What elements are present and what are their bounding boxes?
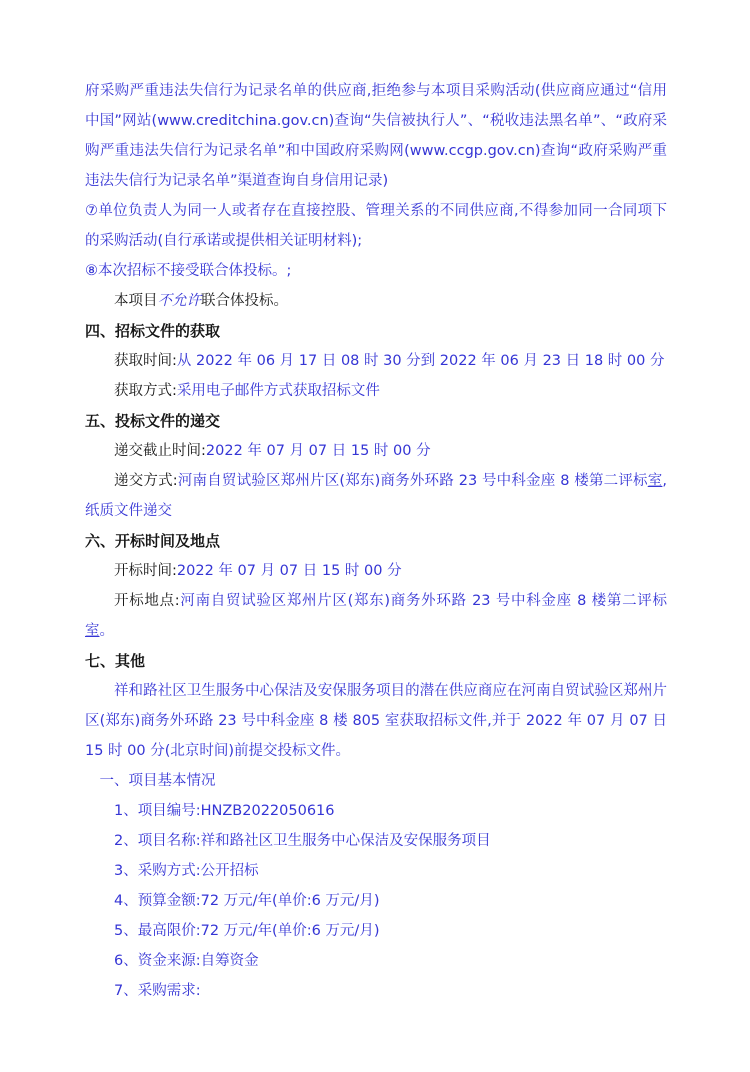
other-note-paragraph: 祥和路社区卫生服务中心保洁及安保服务项目的潜在供应商应在河南自贸试验区郑州片区(… — [85, 676, 667, 766]
submit-method-line: 递交方式:河南自贸试验区郑州片区(郑东)商务外环路 23 号中科金座 8 楼第二… — [85, 466, 667, 526]
other-note-paragraph-segment-0: 祥和路社区卫生服务中心保洁及安保服务项目的潜在供应商应在河南自贸试验区郑州片区(… — [85, 683, 667, 759]
credit-check-paragraph: 府采购严重违法失信行为记录名单的供应商,拒绝参与本项目采购活动(供应商应通过“信… — [85, 76, 667, 196]
section-4-heading: 四、招标文件的获取 — [85, 316, 667, 346]
open-place-line-segment-2: 室 — [85, 623, 100, 639]
acquire-method-line-segment-1: 采用电子邮件方式获取招标文件 — [177, 383, 380, 399]
project-info-heading: 一、项目基本情况 — [85, 766, 667, 796]
open-place-line-segment-0: 开标地点: — [114, 593, 180, 609]
item-3-procurement-method-segment-0: 3、采购方式:公开招标 — [114, 863, 259, 879]
document-content: 府采购严重违法失信行为记录名单的供应商,拒绝参与本项目采购活动(供应商应通过“信… — [85, 76, 667, 1006]
acquire-time-line: 获取时间:从 2022 年 06 月 17 日 08 时 30 分到 2022 … — [85, 346, 667, 376]
acquire-time-line-segment-1: 从 2022 年 06 月 17 日 08 时 30 分到 2022 年 06 … — [177, 353, 665, 369]
item-1-project-number-segment-0: 1、项目编号:HNZB2022050616 — [114, 803, 335, 819]
acquire-time-line-segment-0: 获取时间: — [114, 353, 177, 369]
open-place-line-segment-1: 河南自贸试验区郑州片区(郑东)商务外环路 23 号中科金座 8 楼第二评标 — [180, 593, 667, 609]
open-time-line-segment-0: 开标时间: — [114, 563, 177, 579]
item-3-procurement-method: 3、采购方式:公开招标 — [85, 856, 667, 886]
submit-method-line-segment-2: 室 — [648, 473, 663, 489]
open-place-line: 开标地点:河南自贸试验区郑州片区(郑东)商务外环路 23 号中科金座 8 楼第二… — [85, 586, 667, 646]
submit-method-line-segment-0: 递交方式: — [114, 473, 178, 489]
submit-deadline-line: 递交截止时间:2022 年 07 月 07 日 15 时 00 分 — [85, 436, 667, 466]
section-7-heading-segment-0: 七、其他 — [85, 652, 145, 670]
section-5-heading: 五、投标文件的递交 — [85, 406, 667, 436]
item-7-procurement-requirements: 7、采购需求: — [85, 976, 667, 1006]
section-6-heading: 六、开标时间及地点 — [85, 526, 667, 556]
item-4-budget-amount: 4、预算金额:72 万元/年(单价:6 万元/月) — [85, 886, 667, 916]
open-time-line-segment-1: 2022 年 07 月 07 日 15 时 00 分 — [177, 563, 402, 579]
clause-8-paragraph-segment-0: ⑧本次招标不接受联合体投标。; — [85, 263, 291, 279]
clause-8-paragraph: ⑧本次招标不接受联合体投标。; — [85, 256, 667, 286]
project-info-heading-segment-0: 一、项目基本情况 — [100, 773, 216, 789]
open-time-line: 开标时间:2022 年 07 月 07 日 15 时 00 分 — [85, 556, 667, 586]
document-page: 府采购严重违法失信行为记录名单的供应商,拒绝参与本项目采购活动(供应商应通过“信… — [0, 0, 750, 1072]
submit-deadline-line-segment-0: 递交截止时间: — [114, 443, 206, 459]
acquire-method-line-segment-0: 获取方式: — [114, 383, 177, 399]
item-6-fund-source-segment-0: 6、资金来源:自筹资金 — [114, 953, 259, 969]
section-7-heading: 七、其他 — [85, 646, 667, 676]
no-consortium-note: 本项目不允许联合体投标。 — [85, 286, 667, 316]
item-2-project-name-segment-0: 2、项目名称:祥和路社区卫生服务中心保洁及安保服务项目 — [114, 833, 491, 849]
no-consortium-note-segment-0: 本项目 — [114, 293, 158, 309]
section-5-heading-segment-0: 五、投标文件的递交 — [85, 412, 220, 430]
no-consortium-note-segment-1: 不允许 — [158, 293, 202, 309]
item-1-project-number: 1、项目编号:HNZB2022050616 — [85, 796, 667, 826]
item-4-budget-amount-segment-0: 4、预算金额:72 万元/年(单价:6 万元/月) — [114, 893, 379, 909]
section-4-heading-segment-0: 四、招标文件的获取 — [85, 322, 220, 340]
item-5-max-price-segment-0: 5、最高限价:72 万元/年(单价:6 万元/月) — [114, 923, 379, 939]
submit-method-line-segment-1: 河南自贸试验区郑州片区(郑东)商务外环路 23 号中科金座 8 楼第二评标 — [178, 473, 648, 489]
no-consortium-note-segment-2: 联合体投标。 — [201, 293, 288, 309]
credit-check-paragraph-segment-0: 府采购严重违法失信行为记录名单的供应商,拒绝参与本项目采购活动(供应商应通过“信… — [85, 83, 667, 189]
item-2-project-name: 2、项目名称:祥和路社区卫生服务中心保洁及安保服务项目 — [85, 826, 667, 856]
clause-7-paragraph-segment-0: ⑦单位负责人为同一人或者存在直接控股、管理关系的不同供应商,不得参加同一合同项下… — [85, 203, 667, 249]
submit-deadline-line-segment-1: 2022 年 07 月 07 日 15 时 00 分 — [206, 443, 431, 459]
clause-7-paragraph: ⑦单位负责人为同一人或者存在直接控股、管理关系的不同供应商,不得参加同一合同项下… — [85, 196, 667, 256]
item-5-max-price: 5、最高限价:72 万元/年(单价:6 万元/月) — [85, 916, 667, 946]
item-7-procurement-requirements-segment-0: 7、采购需求: — [114, 983, 201, 999]
open-place-line-segment-3: 。 — [100, 623, 115, 639]
section-6-heading-segment-0: 六、开标时间及地点 — [85, 532, 220, 550]
item-6-fund-source: 6、资金来源:自筹资金 — [85, 946, 667, 976]
acquire-method-line: 获取方式:采用电子邮件方式获取招标文件 — [85, 376, 667, 406]
